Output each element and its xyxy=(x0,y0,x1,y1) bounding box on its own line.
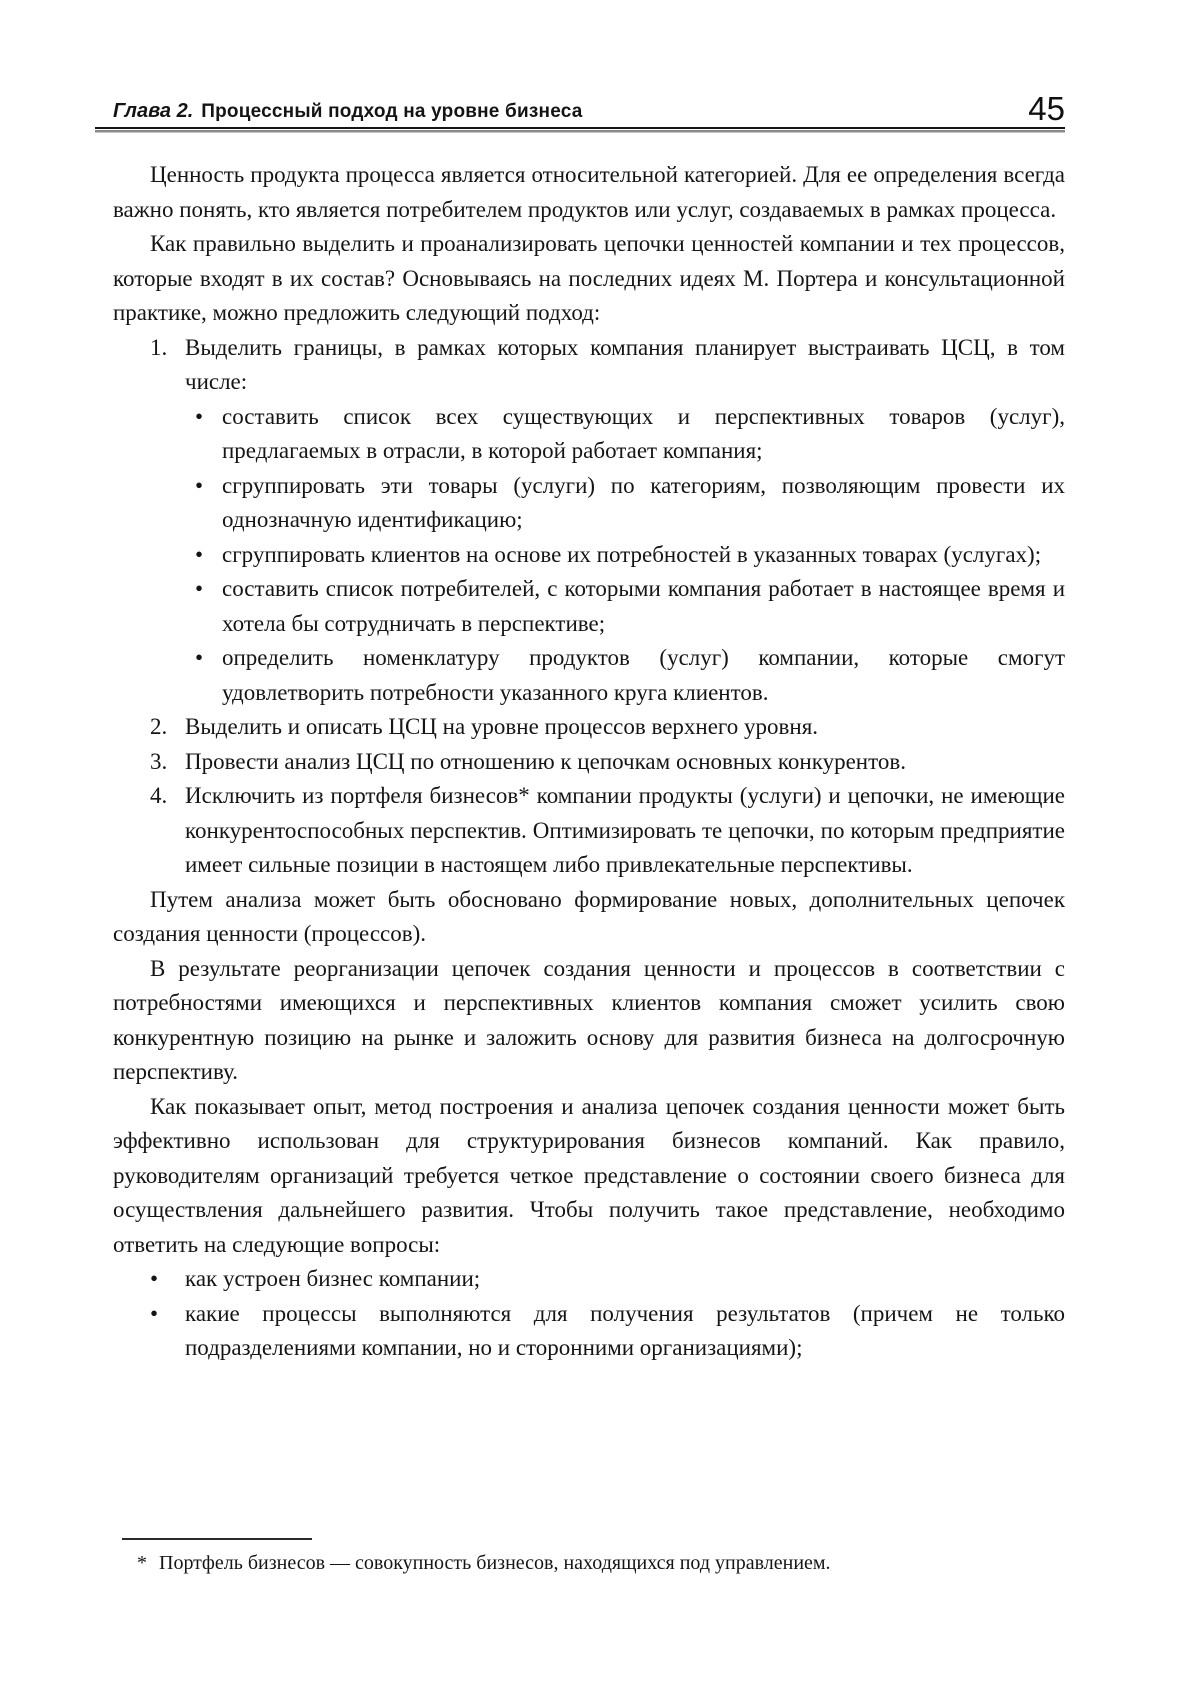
bullet-marker: • xyxy=(150,1262,185,1297)
numbered-item-2: 2. Выделить и описать ЦСЦ на уровне проц… xyxy=(150,710,1065,745)
bullet-item-4: • составить список потребителей, с котор… xyxy=(195,572,1065,641)
bullet-text: составить список потребителей, с которым… xyxy=(222,572,1065,641)
bullet-item-1: • составить список всех существующих и п… xyxy=(195,400,1065,469)
bullet-text: определить номенклатуру продуктов (услуг… xyxy=(222,641,1065,710)
bullet-text: составить список всех существующих и пер… xyxy=(222,400,1065,469)
book-page: Глава 2.Процессный подход на уровне бизн… xyxy=(0,0,1190,1684)
item-text: Выделить и описать ЦСЦ на уровне процесс… xyxy=(185,710,1065,745)
item-number: 4. xyxy=(150,779,185,883)
footnote: * Портфель бизнесов — совокупность бизне… xyxy=(113,1549,1065,1577)
numbered-item-4: 4. Исключить из портфеля бизнесов* компа… xyxy=(150,779,1065,883)
item-text: Выделить границы, в рамках которых компа… xyxy=(185,331,1065,400)
question-bullet-2: • какие процессы выполняются для получен… xyxy=(150,1297,1065,1366)
chapter-title: Процессный подход на уровне бизнеса xyxy=(201,101,582,122)
header-rule xyxy=(95,127,1065,134)
paragraph-4: В результате реорганизации цепочек созда… xyxy=(113,952,1065,1090)
page-body: Ценность продукта процесса является отно… xyxy=(113,158,1065,1366)
numbered-item-3: 3. Провести анализ ЦСЦ по отношению к це… xyxy=(150,745,1065,780)
bullet-text: сгруппировать эти товары (услуги) по кат… xyxy=(222,469,1065,538)
bullet-marker: • xyxy=(195,641,222,710)
paragraph-3: Путем анализа может быть обосновано форм… xyxy=(113,883,1065,952)
item-number: 2. xyxy=(150,710,185,745)
item-number: 1. xyxy=(150,331,185,400)
bullet-marker: • xyxy=(195,469,222,538)
bullet-text: какие процессы выполняются для получения… xyxy=(185,1297,1065,1366)
paragraph-1: Ценность продукта процесса является отно… xyxy=(113,158,1065,227)
running-head: Глава 2.Процессный подход на уровне бизн… xyxy=(113,100,582,127)
item-text: Исключить из портфеля бизнесов* компании… xyxy=(185,779,1065,883)
bullet-item-5: • определить номенклатуру продуктов (усл… xyxy=(195,641,1065,710)
bullet-marker: • xyxy=(195,538,222,573)
paragraph-2: Как правильно выделить и проанализироват… xyxy=(113,227,1065,331)
bullet-marker: • xyxy=(195,400,222,469)
item-text: Провести анализ ЦСЦ по отношению к цепоч… xyxy=(185,745,1065,780)
footnote-marker: * xyxy=(137,1549,159,1577)
footnote-rule xyxy=(122,1538,312,1540)
bullet-marker: • xyxy=(150,1297,185,1366)
numbered-item-1: 1. Выделить границы, в рамках которых ко… xyxy=(150,331,1065,400)
page-number: 45 xyxy=(1028,92,1065,127)
bullet-text: сгруппировать клиентов на основе их потр… xyxy=(222,538,1065,573)
item-number: 3. xyxy=(150,745,185,780)
page-header: Глава 2.Процессный подход на уровне бизн… xyxy=(113,92,1065,127)
chapter-label: Глава 2. xyxy=(113,100,193,122)
question-bullet-1: • как устроен бизнес компании; xyxy=(150,1262,1065,1297)
footnote-text: Портфель бизнесов — совокупность бизнесо… xyxy=(159,1549,1065,1577)
footnote-block: * Портфель бизнесов — совокупность бизне… xyxy=(113,1538,1065,1577)
paragraph-5: Как показывает опыт, метод построения и … xyxy=(113,1090,1065,1263)
bullet-item-3: • сгруппировать клиентов на основе их по… xyxy=(195,538,1065,573)
bullet-marker: • xyxy=(195,572,222,641)
bullet-text: как устроен бизнес компании; xyxy=(185,1262,1065,1297)
bullet-item-2: • сгруппировать эти товары (услуги) по к… xyxy=(195,469,1065,538)
